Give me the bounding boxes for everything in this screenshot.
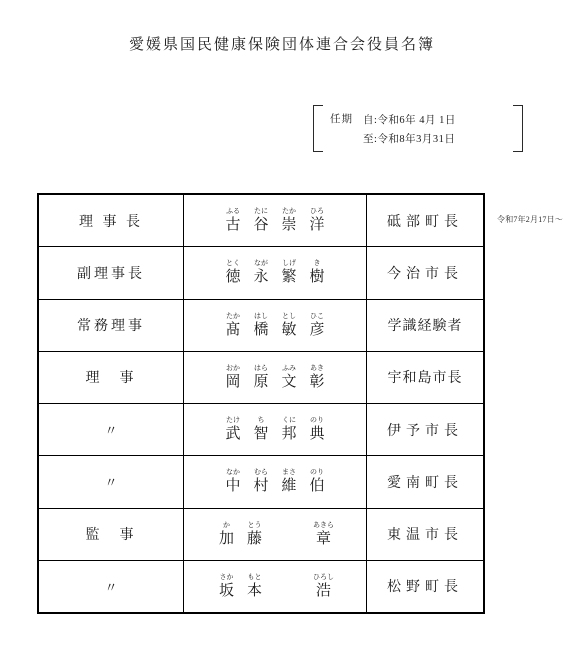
kanji: 岡 xyxy=(226,375,241,390)
name-char: のり伯 xyxy=(310,469,325,494)
name-char: なか中 xyxy=(226,469,241,494)
furigana: とく xyxy=(226,260,240,267)
furigana: たけ xyxy=(226,417,240,424)
name-char: くに邦 xyxy=(282,417,297,442)
kanji: 加 xyxy=(219,532,234,547)
title-cell: 伊予市長 xyxy=(367,404,483,455)
kanji: 邦 xyxy=(282,427,297,442)
table-row: 副理事長とく徳なが永しげ繁き樹今治市長 xyxy=(39,247,483,299)
name-char: ひろ洋 xyxy=(310,208,325,233)
name-char: はら原 xyxy=(254,365,269,390)
furigana: のり xyxy=(310,417,324,424)
furigana: ふる xyxy=(226,208,240,215)
position-cell: 〃 xyxy=(39,404,184,455)
name-cell: おか岡はら原ふみ文あき彰 xyxy=(184,352,367,403)
furigana: ひろし xyxy=(313,574,334,581)
name-char: はし橋 xyxy=(254,313,269,338)
name-cell: とく徳なが永しげ繁き樹 xyxy=(184,247,367,298)
kanji: 伯 xyxy=(310,479,325,494)
furigana: ひろ xyxy=(310,208,324,215)
kanji: 橋 xyxy=(254,323,269,338)
table-row: 監 事か加とう藤あきら章東温市長 xyxy=(39,509,483,561)
furigana: なが xyxy=(254,260,268,267)
kanji: 原 xyxy=(254,375,269,390)
title-cell: 今治市長 xyxy=(367,247,483,298)
name-char: ひこ彦 xyxy=(310,313,325,338)
title-cell: 宇和島市長 xyxy=(367,352,483,403)
furigana: とし xyxy=(282,313,296,320)
furigana: くに xyxy=(282,417,296,424)
position-cell: 理 事 長 xyxy=(39,195,184,246)
name-char: たか髙 xyxy=(226,313,241,338)
kanji: 彦 xyxy=(310,323,325,338)
name-char: とう藤 xyxy=(247,522,262,547)
kanji: 武 xyxy=(226,427,241,442)
name-char: とし敏 xyxy=(282,313,297,338)
furigana: あきら xyxy=(313,522,334,529)
position-cell: 副理事長 xyxy=(39,247,184,298)
document-page: 愛媛県国民健康保険団体連合会役員名簿 任期 自:令和6年 4月 1日 至:令和8… xyxy=(0,0,564,664)
name-char: き樹 xyxy=(310,260,325,285)
position-cell: 理 事 xyxy=(39,352,184,403)
furigana: か xyxy=(223,522,230,529)
kanji: 敏 xyxy=(282,323,297,338)
kanji: 村 xyxy=(254,479,269,494)
name-char: たに谷 xyxy=(254,208,269,233)
name-char: たか崇 xyxy=(282,208,297,233)
furigana: おか xyxy=(226,365,240,372)
furigana: はら xyxy=(254,365,268,372)
side-note: 令和7年2月17日～ xyxy=(497,214,563,225)
kanji: 谷 xyxy=(254,218,269,233)
kanji: 洋 xyxy=(310,218,325,233)
kanji: 智 xyxy=(254,427,269,442)
name-cell: たけ武ち智くに邦のり典 xyxy=(184,404,367,455)
kanji: 髙 xyxy=(226,323,241,338)
table-row: 常務理事たか髙はし橋とし敏ひこ彦学識経験者 xyxy=(39,300,483,352)
name-spacer xyxy=(275,586,303,587)
term-box: 任期 自:令和6年 4月 1日 至:令和8年3月31日 xyxy=(313,104,523,153)
furigana: たか xyxy=(226,313,240,320)
furigana: のり xyxy=(310,469,324,476)
name-char: ふる古 xyxy=(226,208,241,233)
furigana: はし xyxy=(254,313,268,320)
furigana: たか xyxy=(282,208,296,215)
name-char: しげ繁 xyxy=(282,260,297,285)
kanji: 繁 xyxy=(282,270,297,285)
furigana: とう xyxy=(248,522,262,529)
kanji: 浩 xyxy=(316,584,331,599)
name-char: とく徳 xyxy=(226,260,241,285)
table-row: 理 事おか岡はら原ふみ文あき彰宇和島市長 xyxy=(39,352,483,404)
title-cell: 学識経験者 xyxy=(367,300,483,351)
name-char: おか岡 xyxy=(226,365,241,390)
kanji: 古 xyxy=(226,218,241,233)
title-cell: 松野町長 xyxy=(367,561,483,612)
name-cell: ふる古たに谷たか崇ひろ洋 xyxy=(184,195,367,246)
name-char: のり典 xyxy=(310,417,325,442)
kanji: 坂 xyxy=(219,584,234,599)
kanji: 崇 xyxy=(282,218,297,233)
furigana: ち xyxy=(258,417,265,424)
name-char: むら村 xyxy=(254,469,269,494)
position-cell: 〃 xyxy=(39,561,184,612)
table-row: 〃なか中むら村まさ維のり伯愛南町長 xyxy=(39,456,483,508)
kanji: 本 xyxy=(247,584,262,599)
position-cell: 常務理事 xyxy=(39,300,184,351)
roster-table: 理 事 長ふる古たに谷たか崇ひろ洋砥部町長副理事長とく徳なが永しげ繁き樹今治市長… xyxy=(37,193,485,614)
kanji: 維 xyxy=(282,479,297,494)
furigana: なか xyxy=(226,469,240,476)
right-bracket-decoration xyxy=(513,105,523,152)
furigana: き xyxy=(314,260,321,267)
name-char: ち智 xyxy=(254,417,269,442)
furigana: ふみ xyxy=(282,365,296,372)
name-char: ふみ文 xyxy=(282,365,297,390)
table-row: 〃さか坂もと本ひろし浩松野町長 xyxy=(39,561,483,612)
page-title: 愛媛県国民健康保険団体連合会役員名簿 xyxy=(0,33,564,54)
term-content: 任期 自:令和6年 4月 1日 至:令和8年3月31日 xyxy=(330,111,456,150)
name-char: さか坂 xyxy=(219,574,234,599)
table-row: 理 事 長ふる古たに谷たか崇ひろ洋砥部町長 xyxy=(39,195,483,247)
furigana: あき xyxy=(310,365,324,372)
furigana: さか xyxy=(220,574,234,581)
term-to: 至:令和8年3月31日 xyxy=(363,130,456,149)
term-from: 自:令和6年 4月 1日 xyxy=(363,111,456,130)
term-label: 任期 xyxy=(330,111,353,150)
name-cell: たか髙はし橋とし敏ひこ彦 xyxy=(184,300,367,351)
kanji: 樹 xyxy=(310,270,325,285)
name-char: もと本 xyxy=(247,574,262,599)
table-row: 〃たけ武ち智くに邦のり典伊予市長 xyxy=(39,404,483,456)
furigana: しげ xyxy=(282,260,296,267)
name-cell: か加とう藤あきら章 xyxy=(184,509,367,560)
name-char: あき彰 xyxy=(310,365,325,390)
furigana: ひこ xyxy=(310,313,324,320)
position-cell: 〃 xyxy=(39,456,184,507)
title-cell: 愛南町長 xyxy=(367,456,483,507)
furigana: まさ xyxy=(282,469,296,476)
name-char: たけ武 xyxy=(226,417,241,442)
name-char: あきら章 xyxy=(316,522,331,547)
kanji: 典 xyxy=(310,427,325,442)
furigana: もと xyxy=(248,574,262,581)
term-dates: 自:令和6年 4月 1日 至:令和8年3月31日 xyxy=(363,111,456,150)
name-char: なが永 xyxy=(254,260,269,285)
furigana: たに xyxy=(254,208,268,215)
name-char: ひろし浩 xyxy=(316,574,331,599)
kanji: 藤 xyxy=(247,532,262,547)
name-char: か加 xyxy=(219,522,234,547)
left-bracket-decoration xyxy=(313,105,323,152)
title-cell: 東温市長 xyxy=(367,509,483,560)
title-cell: 砥部町長 xyxy=(367,195,483,246)
kanji: 文 xyxy=(282,375,297,390)
kanji: 章 xyxy=(316,532,331,547)
kanji: 中 xyxy=(226,479,241,494)
kanji: 永 xyxy=(254,270,269,285)
furigana: むら xyxy=(254,469,268,476)
name-cell: なか中むら村まさ維のり伯 xyxy=(184,456,367,507)
kanji: 徳 xyxy=(226,270,241,285)
kanji: 彰 xyxy=(310,375,325,390)
name-spacer xyxy=(275,534,303,535)
name-cell: さか坂もと本ひろし浩 xyxy=(184,561,367,612)
name-char: まさ維 xyxy=(282,469,297,494)
position-cell: 監 事 xyxy=(39,509,184,560)
